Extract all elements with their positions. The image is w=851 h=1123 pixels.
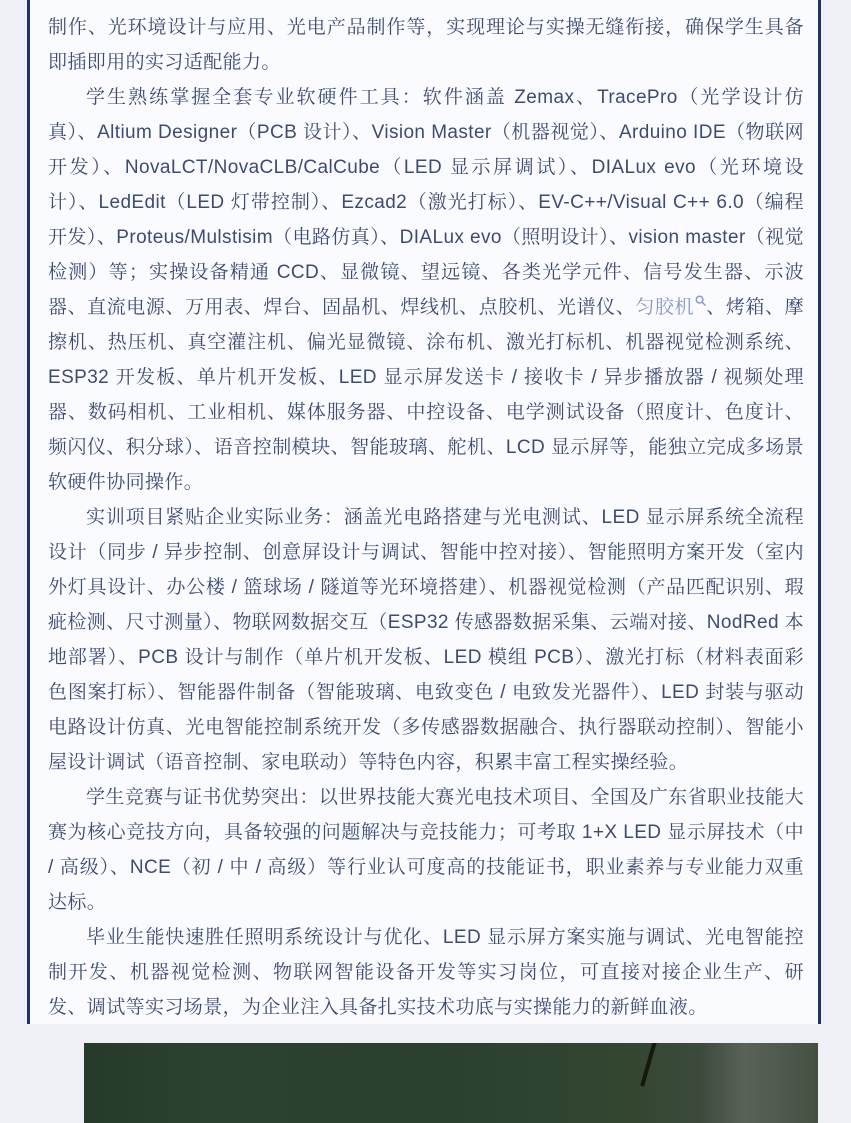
- yunjiaoji-entity-link[interactable]: 匀胶机: [635, 297, 706, 318]
- tools-text-before-link: 学生熟练掌握全套专业软硬件工具：软件涵盖 Zemax、TracePro（光学设计…: [48, 87, 804, 318]
- entity-link-text[interactable]: 匀胶机: [635, 297, 694, 318]
- tools-text-after-link: 、烤箱、摩擦机、热压机、真空灌注机、偏光显微镜、涂布机、激光打标机、机器视觉检测…: [48, 297, 804, 493]
- paragraph-intro-clipped-line: 光电子技术、嵌入式开发、智能显示技术、光电信息产品应用、物联网应用开发、PCB …: [48, 0, 804, 10]
- article-body: 光电子技术、嵌入式开发、智能显示技术、光电信息产品应用、物联网应用开发、PCB …: [30, 0, 818, 1024]
- paragraph-projects-text: 实训项目紧贴企业实际业务：涵盖光电路搭建与光电测试、LED 显示屏系统全流程设计…: [48, 507, 804, 773]
- paragraph-competitions-text: 学生竞赛与证书优势突出：以世界技能大赛光电技术项目、全国及广东省职业技能大赛为核…: [48, 787, 804, 913]
- paragraph-projects: 实训项目紧贴企业实际业务：涵盖光电路搭建与光电测试、LED 显示屏系统全流程设计…: [48, 500, 804, 780]
- search-icon[interactable]: [695, 295, 706, 306]
- paragraph-intro-text: 制作、光环境设计与应用、光电产品制作等，实现理论与实操无缝衔接，确保学生具备即插…: [48, 17, 804, 73]
- paragraph-competitions: 学生竞赛与证书优势突出：以世界技能大赛光电技术项目、全国及广东省职业技能大赛为核…: [48, 780, 804, 920]
- paragraph-tools: 学生熟练掌握全套专业软硬件工具：软件涵盖 Zemax、TracePro（光学设计…: [48, 80, 804, 500]
- paragraph-graduates-text: 毕业生能快速胜任照明系统设计与优化、LED 显示屏方案实施与调试、光电智能控制开…: [48, 927, 804, 1018]
- paragraph-intro: 制作、光环境设计与应用、光电产品制作等，实现理论与实操无缝衔接，确保学生具备即插…: [48, 10, 804, 80]
- clipped-line-text: 光电子技术、嵌入式开发、智能显示技术、光电信息产品应用、物联网应用开发、PCB …: [48, 0, 804, 10]
- paragraph-graduates: 毕业生能快速胜任照明系统设计与优化、LED 显示屏方案实施与调试、光电智能控制开…: [48, 920, 804, 1024]
- article-column: 光电子技术、嵌入式开发、智能显示技术、光电信息产品应用、物联网应用开发、PCB …: [27, 0, 821, 1024]
